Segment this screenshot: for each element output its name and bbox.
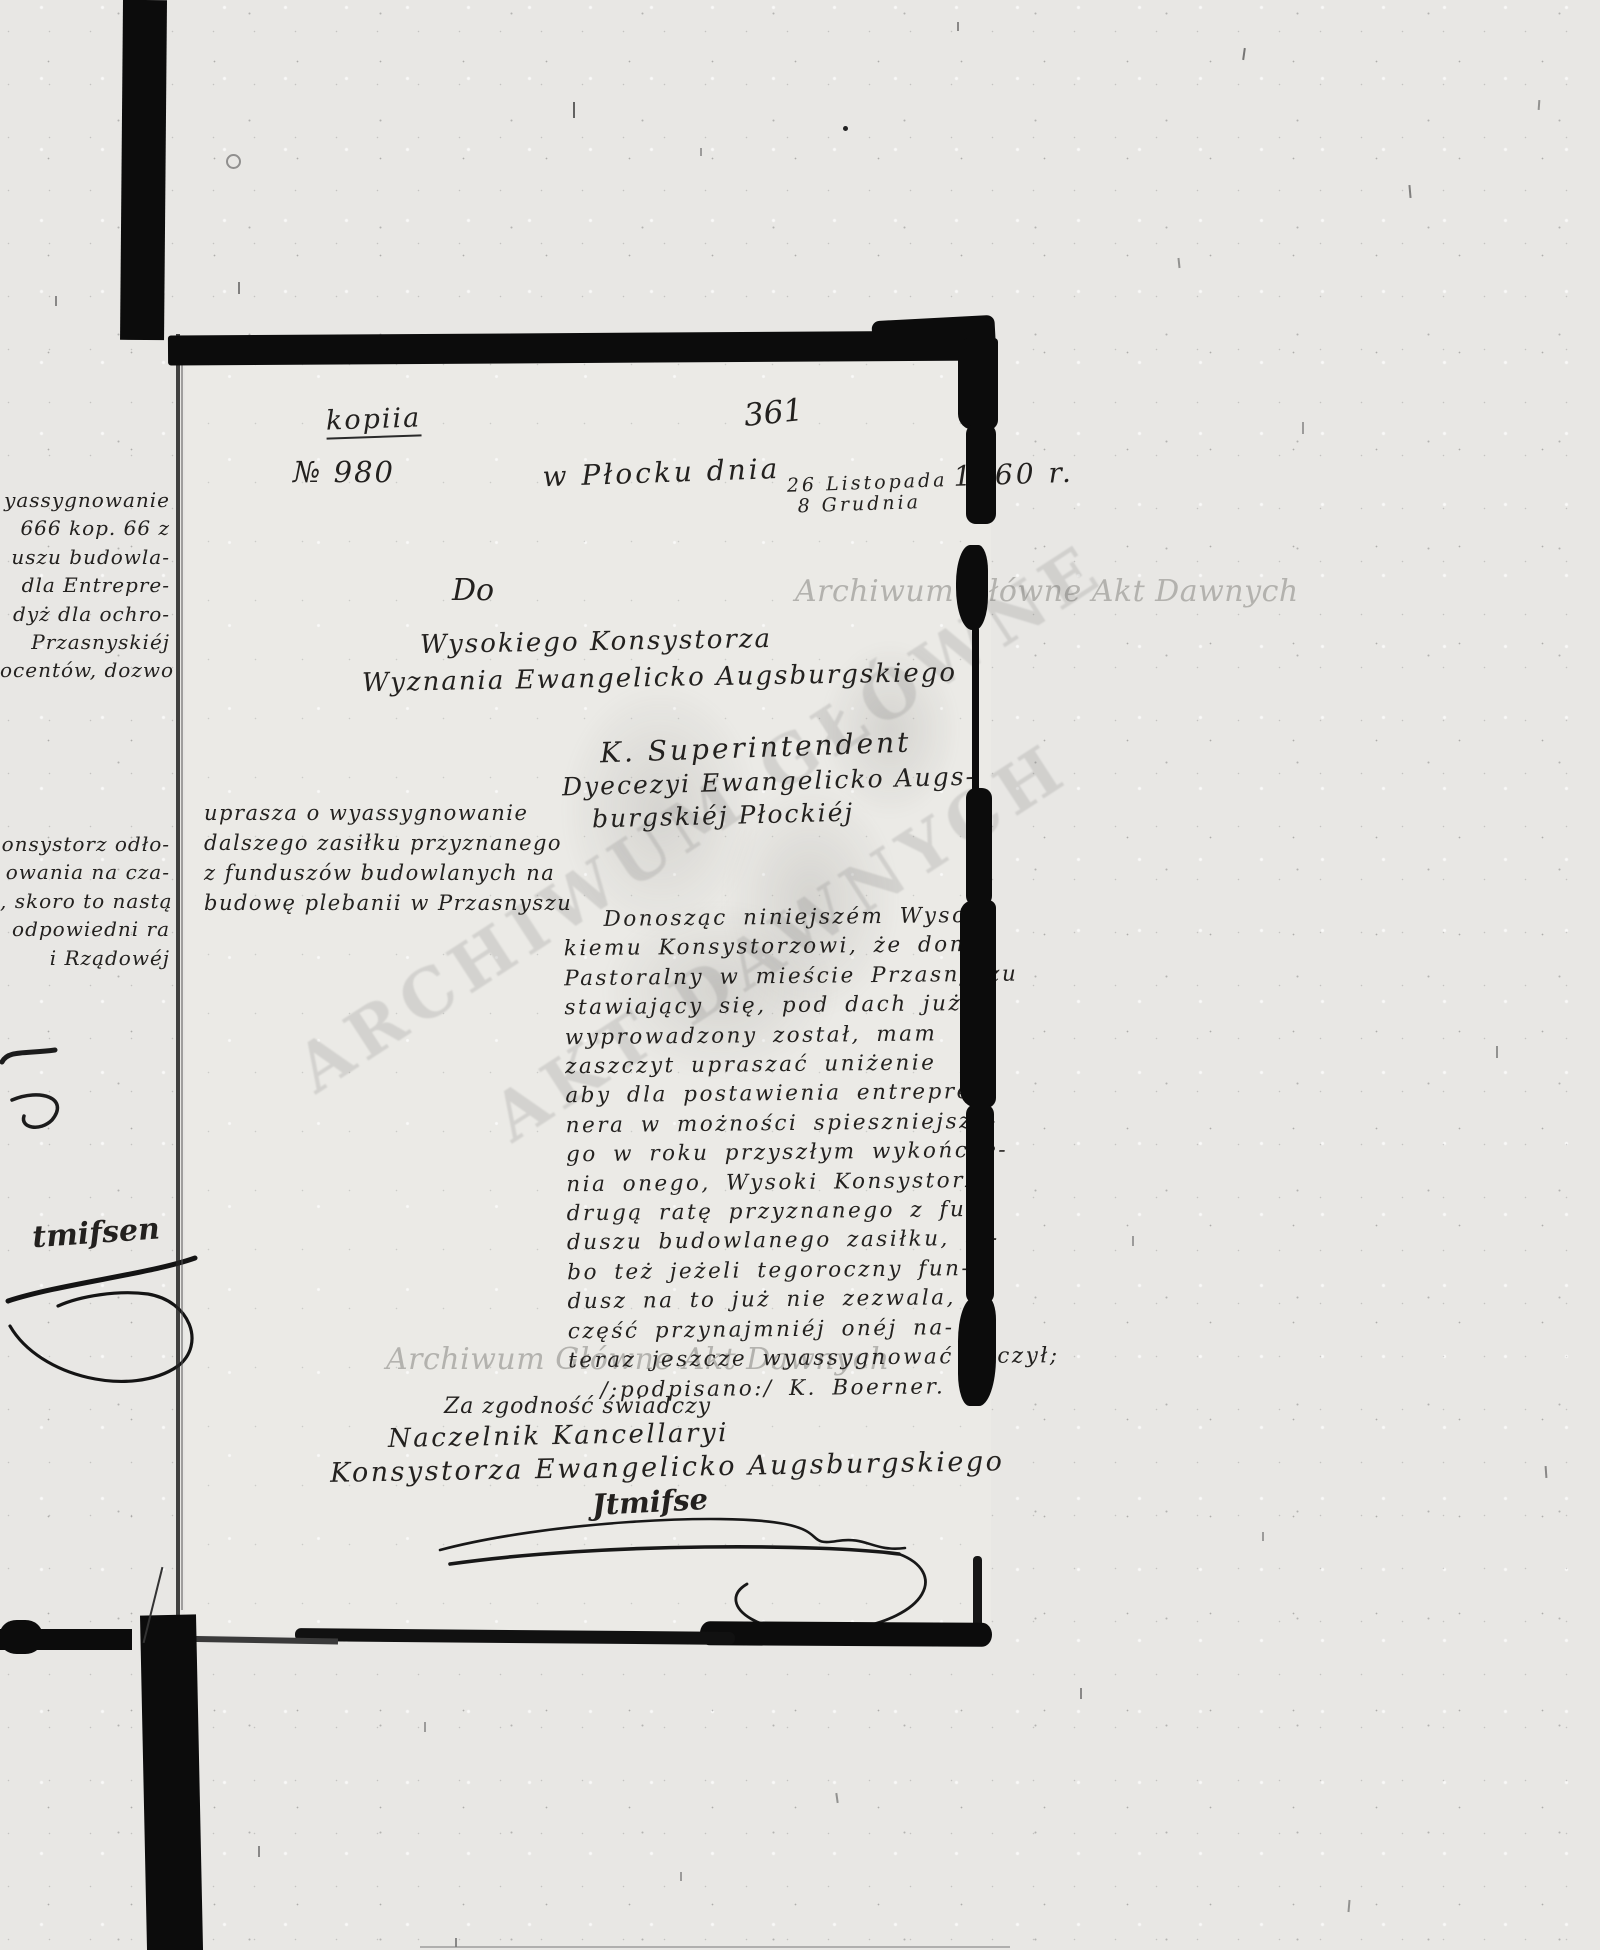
film-scratch [1177, 258, 1180, 268]
film-scratch [1242, 48, 1246, 60]
film-scratch [835, 1793, 838, 1803]
film-scratch [424, 1722, 426, 1732]
ink-dot [843, 126, 848, 131]
film-scratch [1262, 1532, 1264, 1541]
film-scratch [1545, 1466, 1548, 1478]
film-scratch [680, 1872, 682, 1881]
film-scratch [1132, 1236, 1134, 1246]
film-scratch [1347, 1900, 1350, 1912]
film-scratch [700, 148, 702, 156]
film-scratch [238, 282, 240, 294]
film-scratch [1080, 1688, 1082, 1699]
film-scratch [573, 102, 575, 118]
film-scratch [957, 22, 959, 31]
ring-mark [226, 154, 241, 169]
scanned-archive-image: { "colors": { "film_bg": "#e8e7e4", "pap… [0, 0, 1600, 1950]
film-frame-line [420, 1946, 1010, 1948]
film-scratch [1302, 422, 1304, 434]
film-scratch [55, 296, 57, 306]
film-noise [0, 0, 1600, 1950]
film-scratch [1538, 100, 1541, 110]
film-scratch [1408, 185, 1411, 198]
film-scratch [1496, 1046, 1498, 1058]
film-scratch [258, 1846, 260, 1857]
